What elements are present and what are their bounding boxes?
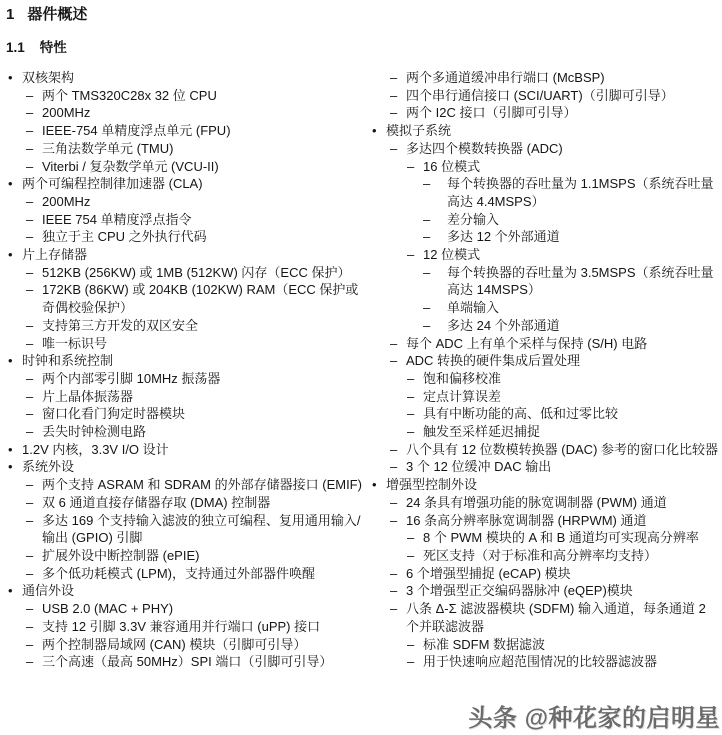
feature-subitem: –三角法数学单元 (TMU) <box>6 140 362 158</box>
feature-subitem: –两个内部零引脚 10MHz 振荡器 <box>6 370 362 388</box>
bullet-marker-icon: • <box>8 458 22 476</box>
feature-text: 三角法数学单元 (TMU) <box>42 140 362 158</box>
feature-text: 多达 12 个外部通道 <box>447 228 718 246</box>
feature-text: 三个高速（最高 50MHz）SPI 端口（引脚可引导） <box>42 653 362 671</box>
feature-subitem: –独立于主 CPU 之外执行代码 <box>6 228 362 246</box>
feature-text: USB 2.0 (MAC + PHY) <box>42 600 362 618</box>
section-heading: 1 器件概述 <box>6 6 722 24</box>
dash-marker-icon: – <box>390 512 406 530</box>
feature-text: 172KB (86KW) 或 204KB (102KW) RAM（ECC 保护或… <box>42 281 362 316</box>
feature-item: •1.2V 内核，3.3V I/O 设计 <box>6 441 362 459</box>
dash-marker-icon: – <box>390 335 406 353</box>
dash-marker-icon: – <box>390 104 406 122</box>
dash-marker-icon: – <box>26 388 42 406</box>
feature-subitem: –两个 I2C 接口（引脚可引导） <box>370 104 718 122</box>
bullet-marker-icon: • <box>8 175 22 193</box>
feature-text: 512KB (256KW) 或 1MB (512KW) 闪存（ECC 保护） <box>42 264 362 282</box>
dash-marker-icon: – <box>390 441 406 459</box>
dash-marker-icon: – <box>390 87 406 105</box>
feature-text: 标准 SDFM 数据滤波 <box>423 636 718 654</box>
dash-marker-icon: – <box>26 565 42 583</box>
feature-text: 6 个增强型捕捉 (eCAP) 模块 <box>406 565 718 583</box>
dash-marker-icon: – <box>390 582 406 600</box>
feature-subitem: –200MHz <box>6 193 362 211</box>
feature-text: 四个串行通信接口 (SCI/UART)（引脚可引导） <box>406 87 718 105</box>
feature-subitem: –片上晶体振荡器 <box>6 388 362 406</box>
feature-text: 每个转换器的吞吐量为 1.1MSPS（系统吞吐量高达 4.4MSPS） <box>447 175 718 210</box>
feature-text: 多达 169 个支持输入滤波的独立可编程、复用通用输入/输出 (GPIO) 引脚 <box>42 512 362 547</box>
dash-marker-icon: – <box>26 547 42 565</box>
subsection-heading: 1.1 特性 <box>6 39 722 57</box>
dash-marker-icon: – <box>423 299 447 317</box>
watermark-text: 头条 @种花家的启明星 <box>468 698 720 733</box>
dash-marker-icon: – <box>26 512 42 530</box>
feature-text: Viterbi / 复杂数学单元 (VCU-II) <box>42 158 362 176</box>
dash-marker-icon: – <box>423 264 447 282</box>
feature-text: 16 位模式 <box>423 158 718 176</box>
feature-text: IEEE 754 单精度浮点指令 <box>42 211 362 229</box>
subsection-number: 1.1 <box>6 39 25 57</box>
feature-text: 增强型控制外设 <box>386 476 718 494</box>
feature-text: 两个支持 ASRAM 和 SDRAM 的外部存储器接口 (EMIF) <box>42 476 362 494</box>
dash-marker-icon: – <box>26 122 42 140</box>
dash-marker-icon: – <box>390 140 406 158</box>
feature-text: 双 6 通道直接存储器存取 (DMA) 控制器 <box>42 494 362 512</box>
feature-text: 两个可编程控制律加速器 (CLA) <box>22 175 362 193</box>
feature-text: 支持第三方开发的双区安全 <box>42 317 362 335</box>
feature-text: 每个转换器的吞吐量为 3.5MSPS（系统吞吐量高达 14MSPS） <box>447 264 718 299</box>
feature-subitem: –每个 ADC 上有单个采样与保持 (S/H) 电路 <box>370 335 718 353</box>
feature-subitem: –双 6 通道直接存储器存取 (DMA) 控制器 <box>6 494 362 512</box>
features-column-left: •双核架构–两个 TMS320C28x 32 位 CPU–200MHz–IEEE… <box>6 69 362 671</box>
feature-text: 定点计算误差 <box>423 388 718 406</box>
feature-subitem: –单端输入 <box>370 299 718 317</box>
feature-text: 扩展外设中断控制器 (ePIE) <box>42 547 362 565</box>
dash-marker-icon: – <box>26 600 42 618</box>
bullet-marker-icon: • <box>8 246 22 264</box>
feature-text: 24 条具有增强功能的脉宽调制器 (PWM) 通道 <box>406 494 718 512</box>
feature-text: 两个内部零引脚 10MHz 振荡器 <box>42 370 362 388</box>
dash-marker-icon: – <box>407 636 423 654</box>
feature-item: •两个可编程控制律加速器 (CLA) <box>6 175 362 193</box>
dash-marker-icon: – <box>407 529 423 547</box>
feature-subitem: –172KB (86KW) 或 204KB (102KW) RAM（ECC 保护… <box>6 281 362 316</box>
section-number: 1 <box>6 6 14 24</box>
dash-marker-icon: – <box>26 423 42 441</box>
dash-marker-icon: – <box>26 104 42 122</box>
feature-text: 八条 Δ-Σ 滤波器模块 (SDFM) 输入通道，每条通道 2 个并联滤波器 <box>406 600 718 635</box>
feature-subitem: –扩展外设中断控制器 (ePIE) <box>6 547 362 565</box>
feature-subitem: –支持 12 引脚 3.3V 兼容通用并行端口 (uPP) 接口 <box>6 618 362 636</box>
feature-text: 双核架构 <box>22 69 362 87</box>
bullet-marker-icon: • <box>8 69 22 87</box>
feature-text: 唯一标识号 <box>42 335 362 353</box>
feature-item: •片上存储器 <box>6 246 362 264</box>
feature-text: 两个多通道缓冲串行端口 (McBSP) <box>406 69 718 87</box>
feature-subitem: –IEEE-754 单精度浮点单元 (FPU) <box>6 122 362 140</box>
feature-text: 3 个 12 位缓冲 DAC 输出 <box>406 458 718 476</box>
dash-marker-icon: – <box>407 405 423 423</box>
feature-text: 通信外设 <box>22 582 362 600</box>
features-columns: •双核架构–两个 TMS320C28x 32 位 CPU–200MHz–IEEE… <box>6 69 722 671</box>
feature-subitem: –窗口化看门狗定时器模块 <box>6 405 362 423</box>
feature-text: 系统外设 <box>22 458 362 476</box>
feature-subitem: –多个低功耗模式 (LPM)，支持通过外部器件唤醒 <box>6 565 362 583</box>
feature-subitem: –多达 12 个外部通道 <box>370 228 718 246</box>
dash-marker-icon: – <box>26 636 42 654</box>
feature-subitem: –四个串行通信接口 (SCI/UART)（引脚可引导） <box>370 87 718 105</box>
feature-subitem: –多达 24 个外部通道 <box>370 317 718 335</box>
feature-text: IEEE-754 单精度浮点单元 (FPU) <box>42 122 362 140</box>
dash-marker-icon: – <box>26 228 42 246</box>
dash-marker-icon: – <box>423 175 447 193</box>
dash-marker-icon: – <box>407 158 423 176</box>
feature-text: 16 条高分辨率脉宽调制器 (HRPWM) 通道 <box>406 512 718 530</box>
bullet-marker-icon: • <box>372 122 386 140</box>
feature-subitem: –定点计算误差 <box>370 388 718 406</box>
feature-text: 多达四个模数转换器 (ADC) <box>406 140 718 158</box>
feature-item: •双核架构 <box>6 69 362 87</box>
feature-subitem: –两个 TMS320C28x 32 位 CPU <box>6 87 362 105</box>
feature-subitem: –Viterbi / 复杂数学单元 (VCU-II) <box>6 158 362 176</box>
dash-marker-icon: – <box>26 618 42 636</box>
feature-item: •时钟和系统控制 <box>6 352 362 370</box>
feature-text: 死区支持（对于标准和高分辨率均支持） <box>423 547 718 565</box>
dash-marker-icon: – <box>26 335 42 353</box>
feature-subitem: –16 位模式 <box>370 158 718 176</box>
dash-marker-icon: – <box>423 211 447 229</box>
datasheet-page: 1 器件概述 1.1 特性 •双核架构–两个 TMS320C28x 32 位 C… <box>0 0 722 671</box>
dash-marker-icon: – <box>26 193 42 211</box>
feature-text: 片上存储器 <box>22 246 362 264</box>
feature-item: •模拟子系统 <box>370 122 718 140</box>
subsection-title: 特性 <box>40 39 67 57</box>
feature-subitem: –两个支持 ASRAM 和 SDRAM 的外部存储器接口 (EMIF) <box>6 476 362 494</box>
dash-marker-icon: – <box>390 69 406 87</box>
feature-subitem: –唯一标识号 <box>6 335 362 353</box>
feature-text: 时钟和系统控制 <box>22 352 362 370</box>
feature-subitem: –饱和偏移校准 <box>370 370 718 388</box>
bullet-marker-icon: • <box>8 441 22 459</box>
feature-subitem: –多达 169 个支持输入滤波的独立可编程、复用通用输入/输出 (GPIO) 引… <box>6 512 362 547</box>
feature-subitem: –3 个 12 位缓冲 DAC 输出 <box>370 458 718 476</box>
feature-subitem: –死区支持（对于标准和高分辨率均支持） <box>370 547 718 565</box>
feature-text: 200MHz <box>42 193 362 211</box>
feature-text: 多个低功耗模式 (LPM)，支持通过外部器件唤醒 <box>42 565 362 583</box>
feature-text: ADC 转换的硬件集成后置处理 <box>406 352 718 370</box>
dash-marker-icon: – <box>26 476 42 494</box>
dash-marker-icon: – <box>26 405 42 423</box>
dash-marker-icon: – <box>407 370 423 388</box>
feature-item: •增强型控制外设 <box>370 476 718 494</box>
feature-subitem: –两个控制器局域网 (CAN) 模块（引脚可引导） <box>6 636 362 654</box>
feature-text: 片上晶体振荡器 <box>42 388 362 406</box>
feature-subitem: –标准 SDFM 数据滤波 <box>370 636 718 654</box>
feature-subitem: –用于快速响应超范围情况的比较器滤波器 <box>370 653 718 671</box>
bullet-marker-icon: • <box>8 582 22 600</box>
feature-text: 用于快速响应超范围情况的比较器滤波器 <box>423 653 718 671</box>
dash-marker-icon: – <box>390 565 406 583</box>
feature-subitem: –具有中断功能的高、低和过零比较 <box>370 405 718 423</box>
feature-subitem: –24 条具有增强功能的脉宽调制器 (PWM) 通道 <box>370 494 718 512</box>
feature-text: 独立于主 CPU 之外执行代码 <box>42 228 362 246</box>
bullet-marker-icon: • <box>372 476 386 494</box>
dash-marker-icon: – <box>390 352 406 370</box>
dash-marker-icon: – <box>407 388 423 406</box>
feature-subitem: –8 个 PWM 模块的 A 和 B 通道均可实现高分辨率 <box>370 529 718 547</box>
feature-text: 12 位模式 <box>423 246 718 264</box>
dash-marker-icon: – <box>26 317 42 335</box>
dash-marker-icon: – <box>407 246 423 264</box>
feature-subitem: –ADC 转换的硬件集成后置处理 <box>370 352 718 370</box>
dash-marker-icon: – <box>26 281 42 299</box>
feature-text: 两个 TMS320C28x 32 位 CPU <box>42 87 362 105</box>
feature-subitem: –触发至采样延迟捕捉 <box>370 423 718 441</box>
feature-subitem: –每个转换器的吞吐量为 3.5MSPS（系统吞吐量高达 14MSPS） <box>370 264 718 299</box>
feature-subitem: –八个具有 12 位数模转换器 (DAC) 参考的窗口化比较器 <box>370 441 718 459</box>
feature-text: 模拟子系统 <box>386 122 718 140</box>
feature-subitem: –两个多通道缓冲串行端口 (McBSP) <box>370 69 718 87</box>
features-column-right: –两个多通道缓冲串行端口 (McBSP)–四个串行通信接口 (SCI/UART)… <box>370 69 718 671</box>
dash-marker-icon: – <box>407 653 423 671</box>
feature-text: 八个具有 12 位数模转换器 (DAC) 参考的窗口化比较器 <box>406 441 718 459</box>
feature-text: 两个控制器局域网 (CAN) 模块（引脚可引导） <box>42 636 362 654</box>
dash-marker-icon: – <box>26 494 42 512</box>
feature-text: 触发至采样延迟捕捉 <box>423 423 718 441</box>
feature-text: 窗口化看门狗定时器模块 <box>42 405 362 423</box>
feature-subitem: –512KB (256KW) 或 1MB (512KW) 闪存（ECC 保护） <box>6 264 362 282</box>
dash-marker-icon: – <box>423 228 447 246</box>
feature-subitem: –IEEE 754 单精度浮点指令 <box>6 211 362 229</box>
dash-marker-icon: – <box>26 211 42 229</box>
feature-text: 每个 ADC 上有单个采样与保持 (S/H) 电路 <box>406 335 718 353</box>
feature-subitem: –USB 2.0 (MAC + PHY) <box>6 600 362 618</box>
feature-subitem: –差分输入 <box>370 211 718 229</box>
feature-subitem: –每个转换器的吞吐量为 1.1MSPS（系统吞吐量高达 4.4MSPS） <box>370 175 718 210</box>
feature-text: 8 个 PWM 模块的 A 和 B 通道均可实现高分辨率 <box>423 529 718 547</box>
dash-marker-icon: – <box>390 494 406 512</box>
feature-text: 1.2V 内核，3.3V I/O 设计 <box>22 441 362 459</box>
feature-text: 两个 I2C 接口（引脚可引导） <box>406 104 718 122</box>
feature-text: 丢失时钟检测电路 <box>42 423 362 441</box>
feature-subitem: –八条 Δ-Σ 滤波器模块 (SDFM) 输入通道，每条通道 2 个并联滤波器 <box>370 600 718 635</box>
feature-subitem: –支持第三方开发的双区安全 <box>6 317 362 335</box>
dash-marker-icon: – <box>423 317 447 335</box>
feature-text: 单端输入 <box>447 299 718 317</box>
dash-marker-icon: – <box>407 547 423 565</box>
feature-text: 饱和偏移校准 <box>423 370 718 388</box>
feature-subitem: –16 条高分辨率脉宽调制器 (HRPWM) 通道 <box>370 512 718 530</box>
feature-subitem: –200MHz <box>6 104 362 122</box>
feature-text: 支持 12 引脚 3.3V 兼容通用并行端口 (uPP) 接口 <box>42 618 362 636</box>
dash-marker-icon: – <box>26 370 42 388</box>
dash-marker-icon: – <box>390 458 406 476</box>
feature-subitem: –丢失时钟检测电路 <box>6 423 362 441</box>
feature-subitem: –三个高速（最高 50MHz）SPI 端口（引脚可引导） <box>6 653 362 671</box>
feature-text: 3 个增强型正交编码器脉冲 (eQEP)模块 <box>406 582 718 600</box>
dash-marker-icon: – <box>26 158 42 176</box>
feature-text: 差分输入 <box>447 211 718 229</box>
dash-marker-icon: – <box>390 600 406 618</box>
dash-marker-icon: – <box>26 264 42 282</box>
section-title: 器件概述 <box>27 6 87 24</box>
dash-marker-icon: – <box>407 423 423 441</box>
feature-subitem: –3 个增强型正交编码器脉冲 (eQEP)模块 <box>370 582 718 600</box>
feature-text: 多达 24 个外部通道 <box>447 317 718 335</box>
dash-marker-icon: – <box>26 87 42 105</box>
dash-marker-icon: – <box>26 653 42 671</box>
feature-item: •通信外设 <box>6 582 362 600</box>
feature-subitem: –多达四个模数转换器 (ADC) <box>370 140 718 158</box>
feature-item: •系统外设 <box>6 458 362 476</box>
feature-subitem: –6 个增强型捕捉 (eCAP) 模块 <box>370 565 718 583</box>
feature-subitem: –12 位模式 <box>370 246 718 264</box>
dash-marker-icon: – <box>26 140 42 158</box>
feature-text: 具有中断功能的高、低和过零比较 <box>423 405 718 423</box>
bullet-marker-icon: • <box>8 352 22 370</box>
feature-text: 200MHz <box>42 104 362 122</box>
